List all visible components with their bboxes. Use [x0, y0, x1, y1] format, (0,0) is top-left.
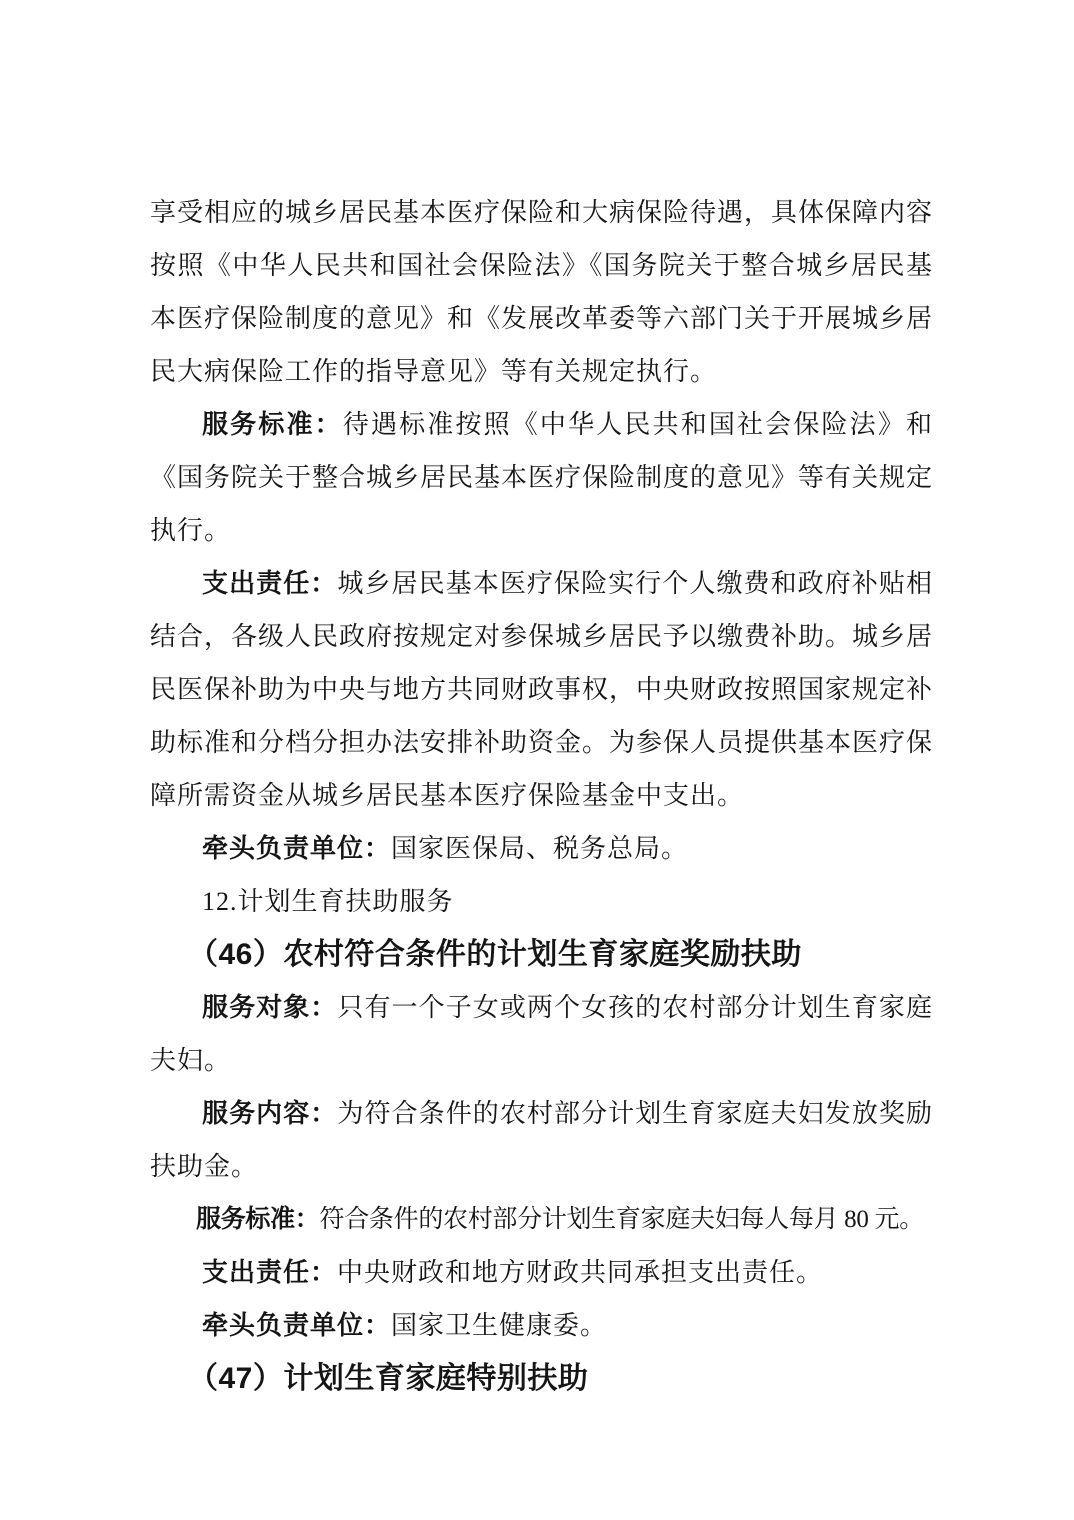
paragraph-lead-unit-46: 牵头负责单位：国家卫生健康委。: [150, 1299, 933, 1352]
item-heading-47: （47）计划生育家庭特别扶助: [150, 1352, 933, 1405]
item-heading-46: （46）农村符合条件的计划生育家庭奖励扶助: [150, 928, 933, 981]
paragraph-label: 支出责任：: [202, 1258, 337, 1287]
paragraph-text: 中央财政和地方财政共同承担支出责任。: [337, 1258, 823, 1287]
paragraph-label: 服务标准：: [202, 410, 343, 439]
item-heading-text: （46）农村符合条件的计划生育家庭奖励扶助: [188, 938, 802, 971]
paragraph-expenditure-responsibility: 支出责任：城乡居民基本医疗保险实行个人缴费和政府补贴相结合，各级人民政府按规定对…: [150, 557, 933, 822]
paragraph-service-standard-46: 服务标准：符合条件的农村部分计划生育家庭夫妇每人每月 80 元。: [150, 1193, 933, 1246]
paragraph-label: 服务内容：: [202, 1099, 337, 1128]
text-block: 享受相应的城乡居民基本医疗保险和大病保险待遇，具体保障内容按照《中华人民共和国社…: [150, 186, 933, 1405]
subsection-heading-text: 12.计划生育扶助服务: [202, 887, 454, 916]
paragraph-label: 支出责任：: [202, 569, 337, 598]
paragraph-service-content: 服务内容：为符合条件的农村部分计划生育家庭夫妇发放奖励扶助金。: [150, 1087, 933, 1193]
paragraph-text: 城乡居民基本医疗保险实行个人缴费和政府补贴相结合，各级人民政府按规定对参保城乡居…: [150, 569, 933, 810]
item-heading-text: （47）计划生育家庭特别扶助: [188, 1362, 588, 1395]
paragraph-expenditure-responsibility-46: 支出责任：中央财政和地方财政共同承担支出责任。: [150, 1246, 933, 1299]
paragraph-continuation: 享受相应的城乡居民基本医疗保险和大病保险待遇，具体保障内容按照《中华人民共和国社…: [150, 186, 933, 398]
paragraph-service-standard: 服务标准：待遇标准按照《中华人民共和国社会保险法》和《国务院关于整合城乡居民基本…: [150, 398, 933, 557]
paragraph-lead-unit: 牵头负责单位：国家医保局、税务总局。: [150, 822, 933, 875]
document-page: 享受相应的城乡居民基本医疗保险和大病保险待遇，具体保障内容按照《中华人民共和国社…: [0, 0, 1074, 1520]
paragraph-label: 服务标准：: [196, 1206, 320, 1233]
paragraph-label: 服务对象：: [202, 993, 337, 1022]
paragraph-label: 牵头负责单位：: [202, 834, 391, 863]
paragraph-service-target: 服务对象：只有一个子女或两个女孩的农村部分计划生育家庭夫妇。: [150, 981, 933, 1087]
subsection-heading-12: 12.计划生育扶助服务: [150, 875, 933, 928]
paragraph-label: 牵头负责单位：: [202, 1311, 391, 1340]
paragraph-text: 享受相应的城乡居民基本医疗保险和大病保险待遇，具体保障内容按照《中华人民共和国社…: [150, 198, 933, 386]
paragraph-text: 国家卫生健康委。: [391, 1311, 607, 1340]
paragraph-text: 国家医保局、税务总局。: [391, 834, 688, 863]
paragraph-text: 符合条件的农村部分计划生育家庭夫妇每人每月 80 元。: [320, 1206, 924, 1233]
